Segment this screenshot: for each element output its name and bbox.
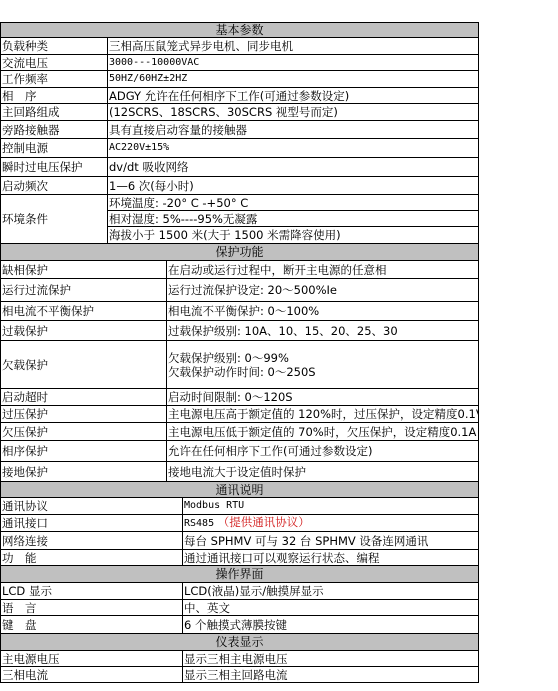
row-label: 通讯协议 [1, 498, 183, 515]
spec-sheet: 基本参数 负载种类三相高压鼠笼式异步电机、同步电机 交流电压3000---100… [0, 22, 479, 683]
basic-params-table: 基本参数 负载种类三相高压鼠笼式异步电机、同步电机 交流电压3000---100… [0, 22, 479, 244]
row-label: 接地保护 [1, 462, 167, 482]
table-row: 主电源电压显示三相主电源电压 [1, 651, 479, 667]
table-row: 通讯接口RS485 （提供通讯协议） [1, 515, 479, 532]
row-value: 启动时间限制: 0～120S [167, 389, 479, 406]
row-value: 显示三相主电源电压 [183, 651, 479, 667]
interface-value: RS485 [184, 518, 214, 529]
row-value: 具有直接启动容量的接触器 [108, 121, 479, 139]
row-value: ADGY 允许在任何相序下工作(可通过参数设定) [108, 88, 479, 104]
row-value: 3000---10000VAC [108, 55, 479, 71]
table-row: 欠压保护主电源电压低于额定值的 70%时，欠压保护，设定精度0.1A [1, 423, 479, 441]
table-row: 启动频次1—6 次(每小时) [1, 177, 479, 195]
section-header-display: 仪表显示 [1, 634, 479, 651]
table-row: 欠载保护欠载保护级别: 0～99%欠载保护动作时间: 0～250S [1, 341, 479, 389]
row-label: 主电源电压 [1, 651, 183, 667]
row-value: 在启动或运行过程中，断开主电源的任意相 [167, 261, 479, 279]
row-label: 负载种类 [1, 38, 108, 55]
row-label: 交流电压 [1, 55, 108, 71]
row-value: dv/dt 吸收网络 [108, 158, 479, 177]
table-row: 旁路接触器具有直接启动容量的接触器 [1, 121, 479, 139]
row-label: 启动频次 [1, 177, 108, 195]
table-row: 键 盘6 个触摸式薄膜按键 [1, 616, 479, 634]
row-value: 每台 SPHMV 可与 32 台 SPHMV 设备连网通讯 [183, 532, 479, 550]
row-label: 旁路接触器 [1, 121, 108, 139]
table-row: 接地保护接地电流大于设定值时保护 [1, 462, 479, 482]
row-label: 缺相保护 [1, 261, 167, 279]
section-header-protection: 保护功能 [1, 244, 479, 261]
row-label: 通讯接口 [1, 515, 183, 532]
row-label: 运行过流保护 [1, 279, 167, 302]
row-label: 键 盘 [1, 616, 183, 634]
row-label: 瞬时过电压保护 [1, 158, 108, 177]
row-value: 中、英文 [183, 600, 479, 616]
protocol-note: （提供通讯协议） [218, 515, 310, 529]
table-row: 通讯协议Modbus RTU [1, 498, 479, 515]
table-row: 过载保护过载保护级别: 10A、10、15、20、25、30 [1, 321, 479, 341]
table-row: 交流电压3000---10000VAC [1, 55, 479, 71]
row-label: 功 能 [1, 550, 183, 566]
row-value: LCD(液晶)显示/触摸屏显示 [183, 583, 479, 600]
table-row: 缺相保护在启动或运行过程中，断开主电源的任意相 [1, 261, 479, 279]
row-label: 欠压保护 [1, 423, 167, 441]
row-value-line: 欠载保护级别: 0～99% [168, 351, 478, 365]
row-label: LCD 显示 [1, 583, 183, 600]
row-value-line: 欠载保护动作时间: 0～250S [168, 365, 478, 379]
row-value: 过载保护级别: 10A、10、15、20、25、30 [167, 321, 479, 341]
row-label: 网络连接 [1, 532, 183, 550]
row-value: 主电源电压高于额定值的 120%时，过压保护，设定精度0.1V [167, 406, 479, 423]
table-row: 过压保护主电源电压高于额定值的 120%时，过压保护，设定精度0.1V [1, 406, 479, 423]
section-header-basic: 基本参数 [1, 23, 479, 38]
row-label: 工作频率 [1, 71, 108, 88]
table-row: 三相电流显示三相主回路电流 [1, 667, 479, 683]
row-value: AC220V±15% [108, 139, 479, 158]
row-label: 过压保护 [1, 406, 167, 423]
row-value: 接地电流大于设定值时保护 [167, 462, 479, 482]
row-value: 通过通讯接口可以观察运行状态、编程 [183, 550, 479, 566]
protection-table: 保护功能 缺相保护在启动或运行过程中，断开主电源的任意相 运行过流保护运行过流保… [0, 243, 479, 482]
row-value: 50HZ/60HZ±2HZ [108, 71, 479, 88]
row-label: 过载保护 [1, 321, 167, 341]
table-row: 网络连接每台 SPHMV 可与 32 台 SPHMV 设备连网通讯 [1, 532, 479, 550]
table-row: 环境条件环境温度: -20° C -+50° C [1, 195, 479, 211]
row-value: Modbus RTU [183, 498, 479, 515]
row-value: 欠载保护级别: 0～99%欠载保护动作时间: 0～250S [167, 341, 479, 389]
row-value: 1—6 次(每小时) [108, 177, 479, 195]
table-row: 启动超时启动时间限制: 0～120S [1, 389, 479, 406]
row-label: 启动超时 [1, 389, 167, 406]
row-value: 三相高压鼠笼式异步电机、同步电机 [108, 38, 479, 55]
row-value: 运行过流保护设定: 20～500%Ie [167, 279, 479, 302]
row-value: (12SCRS、18SCRS、30SCRS 视型号而定) [108, 104, 479, 121]
row-value: 显示三相主回路电流 [183, 667, 479, 683]
table-row: 瞬时过电压保护dv/dt 吸收网络 [1, 158, 479, 177]
table-row: 控制电源AC220V±15% [1, 139, 479, 158]
table-row: 相 序ADGY 允许在任何相序下工作(可通过参数设定) [1, 88, 479, 104]
row-label: 欠载保护 [1, 341, 167, 389]
section-header-operation: 操作界面 [1, 566, 479, 583]
table-row: 语 言中、英文 [1, 600, 479, 616]
row-label: 相 序 [1, 88, 108, 104]
row-value: RS485 （提供通讯协议） [183, 515, 479, 532]
table-row: 运行过流保护运行过流保护设定: 20～500%Ie [1, 279, 479, 302]
row-value: 6 个触摸式薄膜按键 [183, 616, 479, 634]
row-label: 主回路组成 [1, 104, 108, 121]
section-header-communication: 通讯说明 [1, 482, 479, 498]
row-label-environment: 环境条件 [1, 195, 108, 244]
table-row: 负载种类三相高压鼠笼式异步电机、同步电机 [1, 38, 479, 55]
row-label: 相电流不平衡保护 [1, 302, 167, 321]
table-row: 相电流不平衡保护相电流不平衡保护: 0～100% [1, 302, 479, 321]
row-value: 主电源电压低于额定值的 70%时，欠压保护，设定精度0.1A [167, 423, 479, 441]
table-row: 相序保护允许在任何相序下工作(可通过参数设定) [1, 441, 479, 462]
row-value: 环境温度: -20° C -+50° C [108, 195, 479, 211]
row-value: 相对湿度: 5%----95%无凝露 [108, 211, 479, 227]
communication-table: 通讯说明 通讯协议Modbus RTU 通讯接口RS485 （提供通讯协议） 网… [0, 481, 479, 683]
table-row: 功 能通过通讯接口可以观察运行状态、编程 [1, 550, 479, 566]
row-label: 语 言 [1, 600, 183, 616]
table-row: 工作频率50HZ/60HZ±2HZ [1, 71, 479, 88]
row-label: 相序保护 [1, 441, 167, 462]
table-row: 主回路组成(12SCRS、18SCRS、30SCRS 视型号而定) [1, 104, 479, 121]
row-value: 相电流不平衡保护: 0～100% [167, 302, 479, 321]
row-label: 三相电流 [1, 667, 183, 683]
row-label: 控制电源 [1, 139, 108, 158]
row-value: 允许在任何相序下工作(可通过参数设定) [167, 441, 479, 462]
table-row: LCD 显示LCD(液晶)显示/触摸屏显示 [1, 583, 479, 600]
row-value: 海拔小于 1500 米(大于 1500 米需降容使用) [108, 227, 479, 244]
